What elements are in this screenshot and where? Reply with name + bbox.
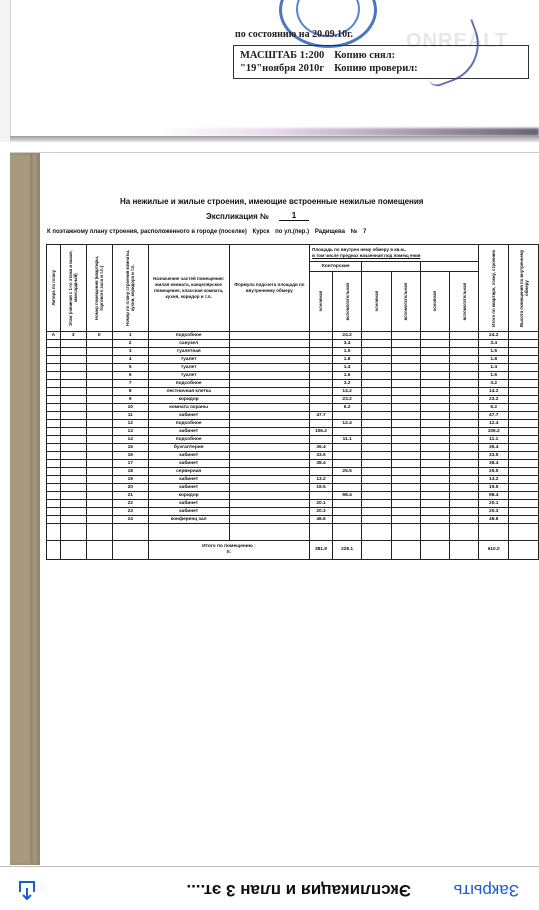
explication-number: 1 <box>279 211 309 221</box>
previous-page: ONREALT по состоянию на 20.09.10г. МАСШТ… <box>0 0 539 142</box>
cell-empty <box>450 396 479 404</box>
cell-room-num: 14 <box>112 436 148 444</box>
cell-office-main <box>310 420 333 428</box>
cell-room-num: 1 <box>112 332 148 340</box>
cell-office-main <box>310 372 333 380</box>
cell-empty <box>229 524 310 541</box>
cell-room-num: 24 <box>112 516 148 524</box>
cell-empty <box>362 388 391 396</box>
cell-total: 6.2 <box>479 404 509 412</box>
street-prefix: по ул.(пер.) <box>275 229 309 235</box>
cell-litera <box>47 508 61 516</box>
cell-premise-num <box>86 492 112 500</box>
cell-empty <box>420 356 449 364</box>
cell-empty <box>362 340 391 348</box>
cell-empty <box>391 404 420 412</box>
cell-empty <box>362 332 391 340</box>
cell-floor <box>60 484 86 492</box>
cell-empty <box>391 356 420 364</box>
cell-empty <box>450 524 479 541</box>
cell-litera <box>47 388 61 396</box>
cell-empty <box>420 428 449 436</box>
copy-made-label: Копию снял: <box>334 49 395 62</box>
cell-room-name: кабинет <box>148 428 229 436</box>
header-main-2: основная <box>362 272 391 332</box>
cell-empty <box>391 468 420 476</box>
cell-empty <box>391 388 420 396</box>
table-row: 4туалет1.81.8 <box>47 356 539 364</box>
cell-room-name: кабинет <box>148 484 229 492</box>
cell-floor <box>60 364 86 372</box>
cell-litera <box>47 380 61 388</box>
cell-room-name: кабинет <box>148 460 229 468</box>
cell-empty <box>391 412 420 420</box>
cell-empty <box>420 516 449 524</box>
cell-office-main: 19.5 <box>310 484 333 492</box>
cell-empty <box>420 388 449 396</box>
cell-formula <box>229 380 310 388</box>
cell-floor <box>60 492 86 500</box>
scale-box: МАСШТАБ 1:200 Копию снял: "19"ноября 201… <box>233 45 529 79</box>
cell-office-main <box>310 388 333 396</box>
date-label: "19"ноября 2010г <box>240 62 324 75</box>
cell-room-name: кабинет <box>148 452 229 460</box>
table-row: 9коридор23.223.2 <box>47 396 539 404</box>
cell-height <box>509 428 539 436</box>
cell-litera <box>47 492 61 500</box>
cell-total: 3.4 <box>479 340 509 348</box>
cell-floor <box>60 444 86 452</box>
city: Курск <box>253 229 270 235</box>
cell-office-main <box>310 348 333 356</box>
cell-total: 46.6 <box>479 516 509 524</box>
cell-premise-num <box>86 348 112 356</box>
cell-room-name: подсобное <box>148 380 229 388</box>
cell-empty <box>362 412 391 420</box>
copy-checked-label: Копию проверил: <box>334 62 418 75</box>
document-page: На нежилые и жилые строения, имеющие вст… <box>10 152 539 865</box>
cell-empty <box>420 412 449 420</box>
cell-office-main: 36.4 <box>310 444 333 452</box>
cell-premise-num <box>86 484 112 492</box>
cell-litera <box>47 444 61 452</box>
table-row: 11кабинет47.747.7 <box>47 412 539 420</box>
cell-empty <box>362 364 391 372</box>
cell-room-name: подсобное <box>148 332 229 340</box>
cell-empty <box>450 460 479 468</box>
cell-empty <box>362 404 391 412</box>
cell-office-aux <box>332 444 362 452</box>
cell-office-main <box>310 396 333 404</box>
cell-floor <box>60 404 86 412</box>
cell-office-aux <box>332 500 362 508</box>
header-floor: Этаж (начиная с 1-го этажа и выше, манса… <box>60 245 86 332</box>
cell-room-name: туалет <box>148 364 229 372</box>
table-row: 19кабинет13.213.2 <box>47 476 539 484</box>
cell-empty <box>420 364 449 372</box>
cell-litera <box>47 484 61 492</box>
cell-empty <box>362 420 391 428</box>
cell-empty <box>86 524 112 541</box>
cell-room-num: 16 <box>112 452 148 460</box>
cell-litera <box>47 364 61 372</box>
table-row: 22кабинет20.120.1 <box>47 500 539 508</box>
cell-room-name: комната охраны <box>148 404 229 412</box>
cell-formula <box>229 444 310 452</box>
cell-formula <box>229 484 310 492</box>
cell-height <box>509 516 539 524</box>
cell-empty <box>391 452 420 460</box>
cell-office-aux: 98.4 <box>332 492 362 500</box>
document-subtitle: К поэтажному плану строения, расположенн… <box>47 229 366 235</box>
cell-office-main <box>310 332 333 340</box>
cell-room-num: 2 <box>112 340 148 348</box>
cell-floor <box>60 396 86 404</box>
cell-height <box>509 492 539 500</box>
header-aux-2: вспомогательная <box>391 272 420 332</box>
cell-room-num: 10 <box>112 404 148 412</box>
cell-floor <box>60 372 86 380</box>
cell-empty <box>509 524 539 541</box>
cell-empty <box>450 332 479 340</box>
total-main: 381.9 <box>310 541 333 560</box>
table-row: 13кабинет106.2106.2 <box>47 428 539 436</box>
cell-formula <box>229 516 310 524</box>
cell-room-num: 6 <box>112 372 148 380</box>
cell-premise-num <box>86 404 112 412</box>
cell-formula <box>229 356 310 364</box>
table-row: 20кабинет19.519.5 <box>47 484 539 492</box>
cell-total: 33.5 <box>479 452 509 460</box>
table-row: 23кабинет20.320.3 <box>47 508 539 516</box>
cell-office-aux <box>332 516 362 524</box>
cell-room-num: 7 <box>112 380 148 388</box>
cell-empty <box>420 484 449 492</box>
cell-total: 36.4 <box>479 444 509 452</box>
cell-formula <box>229 404 310 412</box>
subtitle-prefix: К поэтажному плану строения, расположенн… <box>47 229 247 235</box>
bottom-toolbar: Закрыть Экспликация и план 3 эт.... <box>0 866 539 910</box>
cell-empty <box>391 348 420 356</box>
header-group-2 <box>362 262 421 272</box>
cell-height <box>509 348 539 356</box>
cell-office-main <box>310 364 333 372</box>
cell-litera <box>47 436 61 444</box>
cell-empty <box>362 500 391 508</box>
cell-height <box>509 460 539 468</box>
cell-empty <box>362 516 391 524</box>
cell-empty <box>47 541 61 560</box>
total-aux: 228.1 <box>332 541 362 560</box>
header-main-1: основная <box>310 272 333 332</box>
cell-empty <box>362 460 391 468</box>
cell-formula <box>229 420 310 428</box>
cell-empty <box>86 541 112 560</box>
cell-office-main <box>310 380 333 388</box>
cell-empty <box>391 444 420 452</box>
cell-height <box>509 388 539 396</box>
cell-empty <box>479 524 509 541</box>
table-row: 16кабинет33.533.5 <box>47 452 539 460</box>
cell-room-name: коридор <box>148 396 229 404</box>
cell-empty <box>47 524 61 541</box>
cell-empty <box>391 372 420 380</box>
header-height: Высота помещения по внутреннему обмеру <box>509 245 539 332</box>
cell-empty <box>420 332 449 340</box>
cell-empty <box>362 524 391 541</box>
cell-empty <box>420 508 449 516</box>
cell-premise-num <box>86 436 112 444</box>
cell-empty <box>112 541 148 560</box>
cell-empty <box>420 500 449 508</box>
table-row: 3туалетная1.51.5 <box>47 348 539 356</box>
cell-empty <box>420 436 449 444</box>
cell-office-aux <box>332 476 362 484</box>
cell-empty <box>362 372 391 380</box>
cell-height <box>509 412 539 420</box>
cell-office-main: 106.2 <box>310 428 333 436</box>
header-premise-num: Номер помещения (квартиры, торгового зал… <box>86 245 112 332</box>
cell-room-name: туалетная <box>148 348 229 356</box>
cell-litera <box>47 340 61 348</box>
cell-empty <box>450 380 479 388</box>
cell-floor <box>60 348 86 356</box>
cell-empty <box>362 541 391 560</box>
cell-office-aux: 1.6 <box>332 372 362 380</box>
header-group-3 <box>420 262 479 272</box>
table-row-empty <box>47 524 539 541</box>
cell-office-aux: 25.5 <box>332 468 362 476</box>
street: Радищева <box>315 229 345 235</box>
cell-office-main <box>310 340 333 348</box>
cell-formula <box>229 388 310 396</box>
cell-office-aux: 1.5 <box>332 348 362 356</box>
cell-room-name: бухгалтерия <box>148 444 229 452</box>
cell-litera <box>47 412 61 420</box>
header-formula: Формула подсчета площади по внутреннему … <box>229 245 310 332</box>
cell-office-main: 47.7 <box>310 412 333 420</box>
cell-height <box>509 340 539 348</box>
table-row-total: Итого по помещению :II.381.9228.1610.0 <box>47 541 539 560</box>
cell-litera <box>47 460 61 468</box>
cell-empty <box>60 541 86 560</box>
cell-empty <box>391 476 420 484</box>
header-total: Итого по квартире, этажу, строению <box>479 245 509 332</box>
cell-empty <box>450 412 479 420</box>
cell-height <box>509 380 539 388</box>
cell-room-num: 5 <box>112 364 148 372</box>
cell-empty <box>362 380 391 388</box>
cell-height <box>509 508 539 516</box>
cell-floor <box>60 380 86 388</box>
cell-premise-num <box>86 396 112 404</box>
close-button[interactable]: Закрыть <box>454 880 519 900</box>
cell-total: 98.4 <box>479 492 509 500</box>
cell-premise-num: II <box>86 332 112 340</box>
number-prefix: № <box>351 229 358 235</box>
table-row: 18серверная25.525.5 <box>47 468 539 476</box>
cell-formula <box>229 396 310 404</box>
cell-office-aux <box>332 484 362 492</box>
table-row: 14подсобное11.111.1 <box>47 436 539 444</box>
cell-total: 12.4 <box>479 420 509 428</box>
cell-formula <box>229 492 310 500</box>
cell-empty <box>391 380 420 388</box>
total-sum: 610.0 <box>479 541 509 560</box>
cell-height <box>509 372 539 380</box>
cell-formula <box>229 372 310 380</box>
cell-height <box>509 356 539 364</box>
cell-empty <box>420 460 449 468</box>
cell-office-aux <box>332 508 362 516</box>
cell-litera <box>47 396 61 404</box>
cell-floor <box>60 516 86 524</box>
cell-room-name: подсобное <box>148 436 229 444</box>
cell-premise-num <box>86 380 112 388</box>
cell-empty <box>450 452 479 460</box>
cell-premise-num <box>86 428 112 436</box>
cell-office-main: 20.3 <box>310 508 333 516</box>
cell-office-aux: 6.2 <box>332 404 362 412</box>
cell-office-main <box>310 356 333 364</box>
cell-height <box>509 452 539 460</box>
cell-empty <box>420 380 449 388</box>
cell-litera <box>47 500 61 508</box>
house-number: 7 <box>363 229 366 235</box>
total-label: Итого по помещению :II. <box>148 541 309 560</box>
cell-office-main: 20.1 <box>310 500 333 508</box>
cell-room-name: кабинет <box>148 500 229 508</box>
cell-empty <box>450 340 479 348</box>
cell-total: 11.1 <box>479 436 509 444</box>
cell-empty <box>391 436 420 444</box>
cell-office-main: 33.5 <box>310 452 333 460</box>
cell-empty <box>450 444 479 452</box>
cell-empty <box>362 444 391 452</box>
cell-empty <box>450 420 479 428</box>
cell-empty <box>391 492 420 500</box>
cell-room-name: конференц зал <box>148 516 229 524</box>
table-row: 12подсобное12.412.4 <box>47 420 539 428</box>
cell-empty <box>420 541 449 560</box>
cell-formula <box>229 452 310 460</box>
cell-room-num: 21 <box>112 492 148 500</box>
cell-room-name: подсобное <box>148 420 229 428</box>
cell-total: 47.7 <box>479 412 509 420</box>
cell-office-aux: 1.8 <box>332 356 362 364</box>
cell-premise-num <box>86 388 112 396</box>
cell-office-aux: 3.2 <box>332 380 362 388</box>
cell-empty <box>60 524 86 541</box>
table-row: 21коридор98.498.4 <box>47 492 539 500</box>
cell-litera <box>47 348 61 356</box>
cell-empty <box>112 524 148 541</box>
cell-floor: 3 <box>60 332 86 340</box>
cell-height <box>509 444 539 452</box>
cell-office-main <box>310 436 333 444</box>
cell-empty <box>450 356 479 364</box>
cell-office-main <box>310 492 333 500</box>
cell-room-name: туалет <box>148 372 229 380</box>
cell-empty <box>362 484 391 492</box>
cell-empty <box>450 436 479 444</box>
cell-premise-num <box>86 340 112 348</box>
cell-floor <box>60 476 86 484</box>
cell-formula <box>229 468 310 476</box>
cell-floor <box>60 500 86 508</box>
cell-total: 25.5 <box>479 468 509 476</box>
cell-empty <box>362 348 391 356</box>
cell-empty <box>450 428 479 436</box>
cell-litera <box>47 372 61 380</box>
cell-empty <box>310 524 333 541</box>
cell-formula <box>229 348 310 356</box>
cell-room-num: 23 <box>112 508 148 516</box>
cell-floor <box>60 356 86 364</box>
cell-room-num: 4 <box>112 356 148 364</box>
cell-empty <box>362 508 391 516</box>
cell-room-num: 18 <box>112 468 148 476</box>
cell-total: 19.5 <box>479 484 509 492</box>
header-area: Площадь по внутрен нему обмеру в кв.м., … <box>310 245 479 262</box>
cell-empty <box>450 372 479 380</box>
explication-table: Литера по плану Этаж (начиная с 1-го эта… <box>46 244 539 560</box>
cell-empty <box>420 404 449 412</box>
cell-empty <box>450 404 479 412</box>
cell-floor <box>60 460 86 468</box>
table-row: 24конференц зал46.646.6 <box>47 516 539 524</box>
table-row: 6туалет1.61.6 <box>47 372 539 380</box>
header-room-num: Номер по плану строения комнаты, кухни, … <box>112 245 148 332</box>
cell-height <box>509 468 539 476</box>
cell-office-main: 13.2 <box>310 476 333 484</box>
cell-room-num: 8 <box>112 388 148 396</box>
binding-strip <box>10 153 40 865</box>
cell-empty <box>420 452 449 460</box>
cell-litera: А <box>47 332 61 340</box>
cell-premise-num <box>86 452 112 460</box>
cell-empty <box>391 364 420 372</box>
cell-formula <box>229 500 310 508</box>
cell-total: 38.4 <box>479 460 509 468</box>
cell-premise-num <box>86 412 112 420</box>
cell-formula <box>229 436 310 444</box>
cell-empty <box>391 541 420 560</box>
cell-room-num: 22 <box>112 500 148 508</box>
cell-formula <box>229 412 310 420</box>
cell-litera <box>47 476 61 484</box>
status-date: по состоянию на 20.09.10г. <box>235 29 353 40</box>
cell-office-aux <box>332 452 362 460</box>
cell-office-aux: 14.2 <box>332 388 362 396</box>
cell-height <box>509 476 539 484</box>
cell-room-num: 20 <box>112 484 148 492</box>
table-row: 8лестничная клетка14.214.2 <box>47 388 539 396</box>
table-row: 17кабинет38.438.4 <box>47 460 539 468</box>
cell-premise-num <box>86 444 112 452</box>
cell-height <box>509 332 539 340</box>
cell-total: 20.3 <box>479 508 509 516</box>
cell-room-num: 19 <box>112 476 148 484</box>
cell-litera <box>47 420 61 428</box>
cell-empty <box>450 492 479 500</box>
cell-office-main <box>310 468 333 476</box>
share-icon[interactable] <box>16 879 38 901</box>
cell-height <box>509 404 539 412</box>
cell-empty <box>420 396 449 404</box>
cell-empty <box>391 500 420 508</box>
cell-empty <box>362 436 391 444</box>
